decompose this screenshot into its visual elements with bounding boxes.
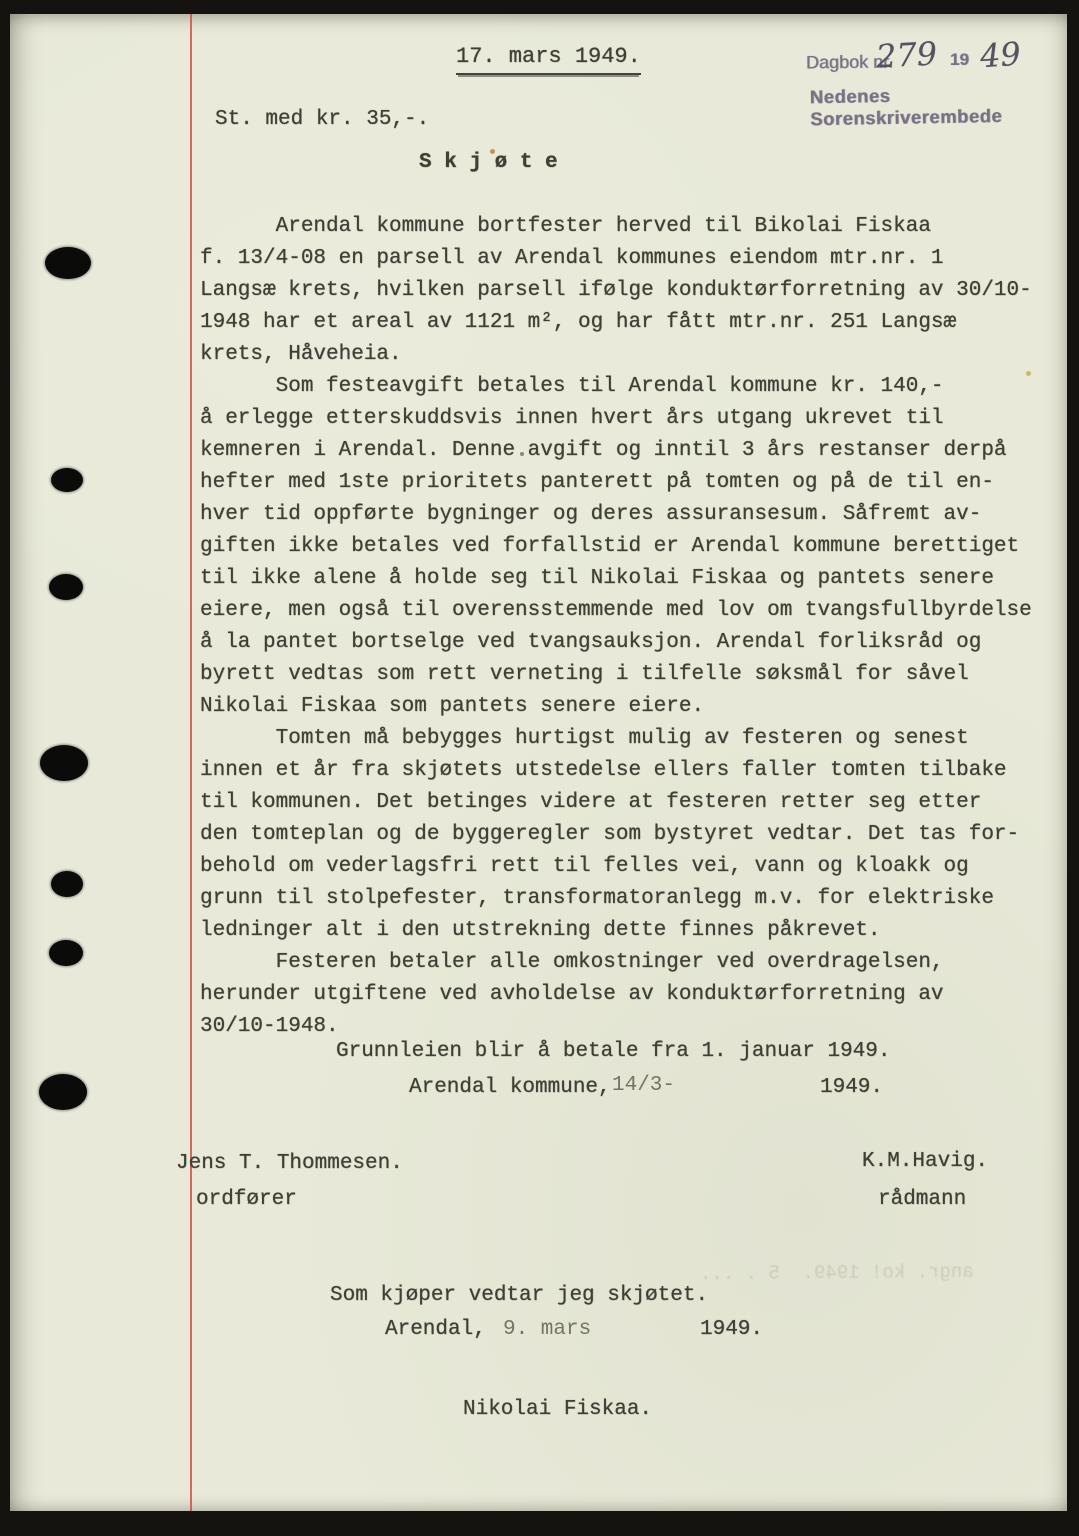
typewritten-line: 1948 har et areal av 1121 m², og har fåt… xyxy=(200,307,1060,339)
punch-hole xyxy=(51,871,83,897)
signature-mayor-name: Jens T. Thommesen. xyxy=(176,1152,403,1175)
buyer-signature: Nikolai Fiskaa. xyxy=(463,1398,652,1421)
typewritten-line: 30/10-1948. xyxy=(200,1011,1060,1043)
typewritten-line: behold om vederlagsfri rett til felles v… xyxy=(200,851,1060,883)
typewritten-line: Festeren betaler alle omkostninger ved o… xyxy=(200,947,1060,979)
bleed-through-text: angr. ko! 1949. 5 . ... xyxy=(700,1261,974,1285)
dagbok-year-handwritten: 49 xyxy=(979,35,1022,76)
issuer-place: Arendal kommune, xyxy=(409,1076,611,1099)
typewritten-line: herunder utgiftene ved avholdelse av kon… xyxy=(200,979,1060,1011)
signature-councilman-title: rådmann xyxy=(878,1188,966,1211)
acceptance-line: Som kjøper vedtar jeg skjøtet. xyxy=(330,1284,708,1307)
typewritten-line: eiere, men også til overensstemmende med… xyxy=(200,595,1060,627)
document-title: S k j ø t e xyxy=(419,151,558,174)
typewritten-line: krets, Håveheia. xyxy=(200,339,1060,371)
margin-rule-line xyxy=(190,14,192,1511)
acceptance-place: Arendal, xyxy=(385,1318,486,1341)
typewritten-line: giften ikke betales ved forfallstid er A… xyxy=(200,531,1060,563)
typewritten-line: å erlegge etterskuddsvis innen hvert års… xyxy=(200,403,1060,435)
typewritten-line: grunn til stolpefester, transformatoranl… xyxy=(200,883,1060,915)
typewritten-line: innen et år fra skjøtets utstedelse elle… xyxy=(200,755,1060,787)
signature-mayor-title: ordfører xyxy=(196,1188,297,1211)
scanned-register-page: 17. mars 1949. Dagbok nr. 279 19 49 Nede… xyxy=(0,0,1079,1536)
issuer-date-handwritten: 14/3- xyxy=(612,1074,675,1097)
ink-speck xyxy=(520,452,524,456)
punch-hole xyxy=(39,1074,87,1110)
punch-hole xyxy=(51,468,83,492)
dagbok-year-printed: 19 xyxy=(950,50,969,70)
typewritten-line: Som festeavgift betales til Arendal komm… xyxy=(200,371,1060,403)
office-stamp: Nedenes Sorenskriverembede xyxy=(810,82,1079,131)
typewritten-line: Tomten må bebygges hurtigst mulig av fes… xyxy=(200,723,1060,755)
typewritten-line: Nikolai Fiskaa som pantets senere eiere. xyxy=(200,691,1060,723)
ink-speck xyxy=(490,149,495,154)
deed-body-text: Arendal kommune bortfester herved til Bi… xyxy=(200,211,1060,1043)
typewritten-line: hver tid oppførte bygninger og deres ass… xyxy=(200,499,1060,531)
ink-speck xyxy=(1026,371,1031,376)
typewritten-line: ledninger alt i den utstrekning dette fi… xyxy=(200,915,1060,947)
document-date: 17. mars 1949. xyxy=(456,44,641,75)
punch-hole xyxy=(40,745,88,781)
typewritten-line: til ikke alene å holde seg til Nikolai F… xyxy=(200,563,1060,595)
acceptance-date-handwritten: 9. mars xyxy=(503,1318,591,1341)
issuer-year: 1949. xyxy=(820,1076,883,1099)
typewritten-line: den tomteplan og de byggeregler som byst… xyxy=(200,819,1060,851)
typewritten-line: til kommunen. Det betinges videre at fes… xyxy=(200,787,1060,819)
typewritten-line: hefter med 1ste prioritets panterett på … xyxy=(200,467,1060,499)
punch-hole xyxy=(49,574,83,600)
typewritten-line: å la pantet bortselge ved tvangsauksjon.… xyxy=(200,627,1060,659)
dagbok-number-handwritten: 279 xyxy=(875,34,938,75)
acceptance-year: 1949. xyxy=(700,1318,763,1341)
typewritten-line: byrett vedtas som rett verneting i tilfe… xyxy=(200,659,1060,691)
typewritten-line: kemneren i Arendal. Denne avgift og innt… xyxy=(200,435,1060,467)
signature-councilman-name: K.M.Havig. xyxy=(862,1150,988,1173)
typewritten-line: Arendal kommune bortfester herved til Bi… xyxy=(200,211,1060,243)
typewritten-line: Langsæ krets, hvilken parsell ifølge kon… xyxy=(200,275,1060,307)
punch-hole xyxy=(45,247,91,279)
punch-hole xyxy=(49,940,83,966)
stamp-fee-note: St. med kr. 35,-. xyxy=(215,108,429,131)
typewritten-line: f. 13/4-08 en parsell av Arendal kommune… xyxy=(200,243,1060,275)
ground-rent-line: Grunnleien blir å betale fra 1. januar 1… xyxy=(336,1040,891,1063)
